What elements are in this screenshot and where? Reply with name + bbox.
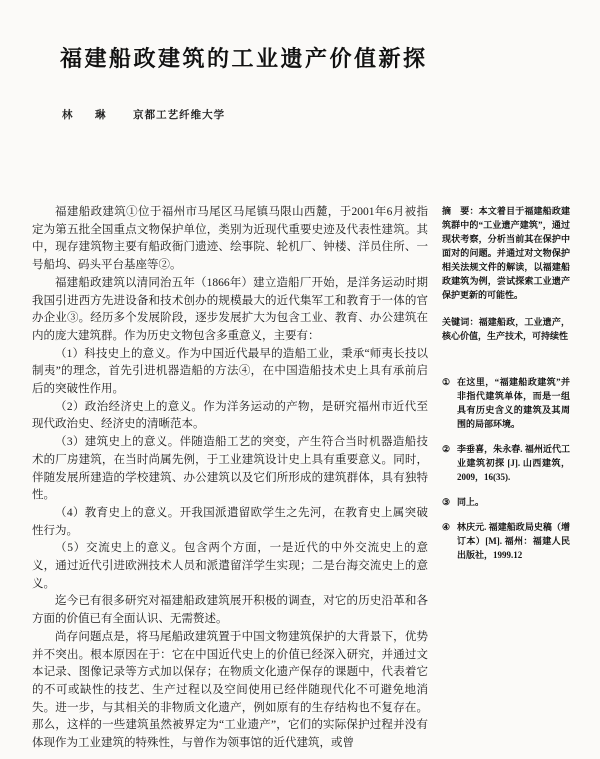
paragraph: 福建船政建筑①位于福州市马尾区马尾镇马限山西麓，于2001年6月被指定为第五批全… bbox=[32, 204, 428, 275]
footnote-item: ③ 同上。 bbox=[442, 495, 570, 509]
footnote-item: ② 李垂喜，朱永春. 福州近代工业建筑初探 [J]. 山西建筑，2009，16(… bbox=[442, 442, 570, 484]
paragraph: 尚存问题点是，将马尾船政建筑置于中国文物建筑保护的大背景下，优势并不突出。根本原… bbox=[32, 629, 428, 753]
footnote-text: 同上。 bbox=[457, 495, 570, 509]
footnote-marker: ② bbox=[442, 442, 457, 484]
footnote-text: 林庆元. 福建船政局史稿（增订本）[M]. 福州：福建人民出版社，1999.12 bbox=[457, 520, 570, 562]
footnote-item: ① 在这里，“福建船政建筑”并非指代建筑单体，而是一组具有历史含义的建筑及其周围… bbox=[442, 375, 570, 431]
content-columns: 福建船政建筑①位于福州市马尾区马尾镇马限山西麓，于2001年6月被指定为第五批全… bbox=[32, 204, 570, 753]
paper-page: 福建船政建筑的工业遗产价值新探 林 琳 京都工艺纤维大学 福建船政建筑①位于福州… bbox=[0, 0, 600, 759]
footnote-marker: ④ bbox=[442, 520, 457, 562]
author-name: 林 琳 bbox=[62, 110, 112, 121]
footnote-marker: ① bbox=[442, 375, 457, 431]
footnote-text: 李垂喜，朱永春. 福州近代工业建筑初探 [J]. 山西建筑，2009，16(35… bbox=[457, 442, 570, 484]
footnote-marker: ③ bbox=[442, 495, 457, 509]
author-affiliation: 京都工艺纤维大学 bbox=[133, 110, 225, 121]
author-line: 林 琳 京都工艺纤维大学 bbox=[62, 107, 570, 122]
footnote-item: ④ 林庆元. 福建船政局史稿（增订本）[M]. 福州：福建人民出版社，1999.… bbox=[442, 520, 570, 562]
main-column: 福建船政建筑①位于福州市马尾区马尾镇马限山西麓，于2001年6月被指定为第五批全… bbox=[32, 204, 428, 753]
abstract: 摘 要：本文着目于福建船政建筑群中的“工业遗产建筑”，通过现状考察，分析当前其在… bbox=[442, 204, 570, 302]
abstract-label: 摘 要： bbox=[442, 206, 479, 216]
paragraph: （4）教育史上的意义。开我国派遣留欧学生之先河，在教育史上属突破性行为。 bbox=[32, 505, 428, 540]
keywords: 关键词：福建船政，工业遗产，核心价值，生产技术，可持续性 bbox=[442, 315, 570, 343]
sidebar: 摘 要：本文着目于福建船政建筑群中的“工业遗产建筑”，通过现状考察，分析当前其在… bbox=[442, 204, 570, 573]
article-title: 福建船政建筑的工业遗产价值新探 bbox=[60, 42, 570, 73]
paragraph: 迄今已有很多研究对福建船政建筑展开积极的调查，对它的历史沿革和各方面的价值已有全… bbox=[32, 593, 428, 628]
paragraph: （5）交流史上的意义。包含两个方面，一是近代的中外交流史上的意义，通过近代引进欧… bbox=[32, 540, 428, 593]
footnote-text: 在这里，“福建船政建筑”并非指代建筑单体，而是一组具有历史含义的建筑及其周围的局… bbox=[457, 375, 570, 431]
paragraph: （2）政治经济史上的意义。作为洋务运动的产物，是研究福州市近代至现代政治史、经济… bbox=[32, 399, 428, 434]
paragraph: （3）建筑史上的意义。伴随造船工艺的突变，产生符合当时机器造船技术的厂房建筑，在… bbox=[32, 434, 428, 505]
abstract-text: 本文着目于福建船政建筑群中的“工业遗产建筑”，通过现状考察，分析当前其在保护中面… bbox=[442, 206, 570, 300]
footnotes: ① 在这里，“福建船政建筑”并非指代建筑单体，而是一组具有历史含义的建筑及其周围… bbox=[442, 375, 570, 562]
paragraph: （1）科技史上的意义。作为中国近代最早的造船工业，秉承“师夷长技以制夷”的理念，… bbox=[32, 346, 428, 399]
paragraph: 福建船政建筑以清同治五年（1866年）建立造船厂开始，是洋务运动时期我国引进西方… bbox=[32, 275, 428, 346]
keywords-label: 关键词： bbox=[442, 317, 479, 327]
